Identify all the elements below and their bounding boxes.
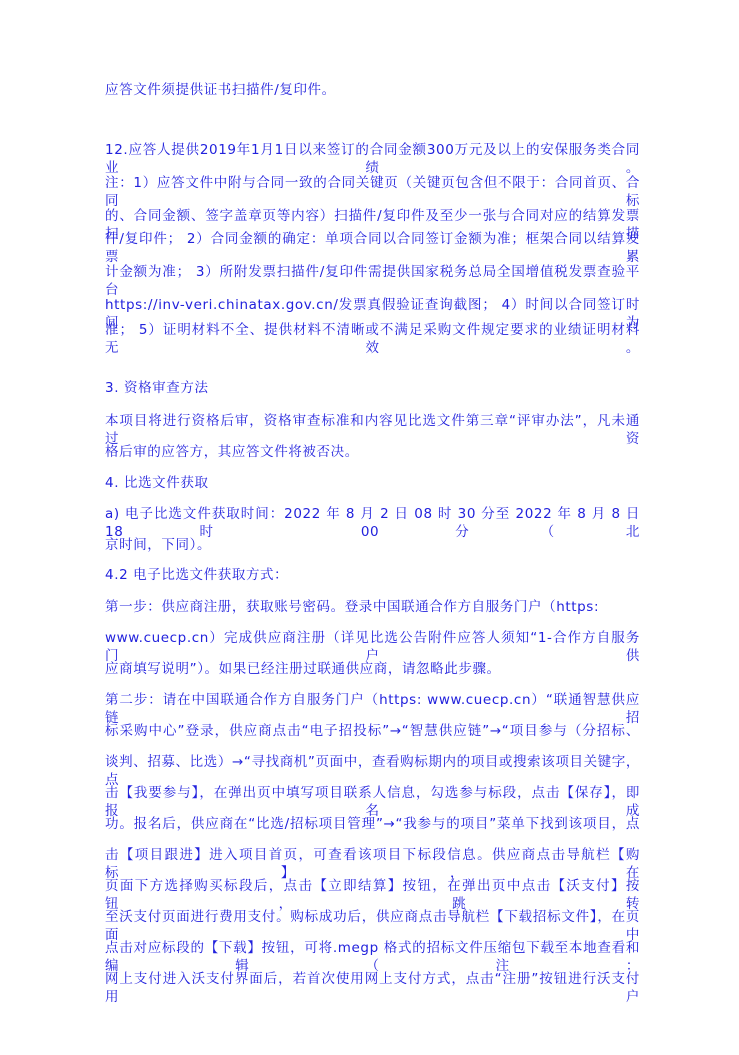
document-text-line: 准； 5）证明材料不全、提供材料不清晰或不满足采购文件规定要求的业绩证明材料无效…: [105, 321, 640, 357]
document-text-line: 应商填写说明”）。如果已经注册过联通供应商，请忽略此步骤。: [105, 660, 640, 678]
document-text-line: 功。报名后，供应商在“比选/招标项目管理”→“我参与的项目”菜单下找到该项目，点: [105, 815, 640, 833]
document-text-line: 件/复印件； 2）合同金额的确定：单项合同以合同签订金额为准；框架合同以结算发票…: [105, 230, 640, 266]
document-text-line: 12.应答人提供2019年1月1日以来签订的合同金额300万元及以上的安保服务类…: [105, 141, 640, 177]
document-text-line: 计金额为准； 3）所附发票扫描件/复印件需提供国家税务总局全国增值税发票查验平台: [105, 263, 640, 299]
document-text-line: 第一步：供应商注册，获取账号密码。登录中国联通合作方自服务门户（https:: [105, 598, 640, 616]
document-text-line: 4.2 电子比选文件获取方式：: [105, 566, 640, 584]
document-text-line: 3. 资格审查方法: [105, 379, 640, 397]
document-text-line: 格后审的应答方，其应答文件将被否决。: [105, 443, 640, 461]
document-text-line: 应答文件须提供证书扫描件/复印件。: [105, 81, 640, 99]
document-text-line: 标采购中心”登录，供应商点击“电子招投标”→“智慧供应链”→“项目参与（分招标、: [105, 722, 640, 740]
document-text-line: 京时间，下同）。: [105, 536, 640, 554]
document-page: 应答文件须提供证书扫描件/复印件。12.应答人提供2019年1月1日以来签订的合…: [0, 0, 739, 1055]
document-text-line: 注：1）应答文件中附与合同一致的合同关键页（关键页包含但不限于：合同首页、合同标: [105, 174, 640, 210]
document-text-line: 网上支付进入沃支付界面后，若首次使用网上支付方式，点击“注册”按钮进行沃支付用户: [105, 970, 640, 1006]
document-text-line: 4. 比选文件获取: [105, 474, 640, 492]
